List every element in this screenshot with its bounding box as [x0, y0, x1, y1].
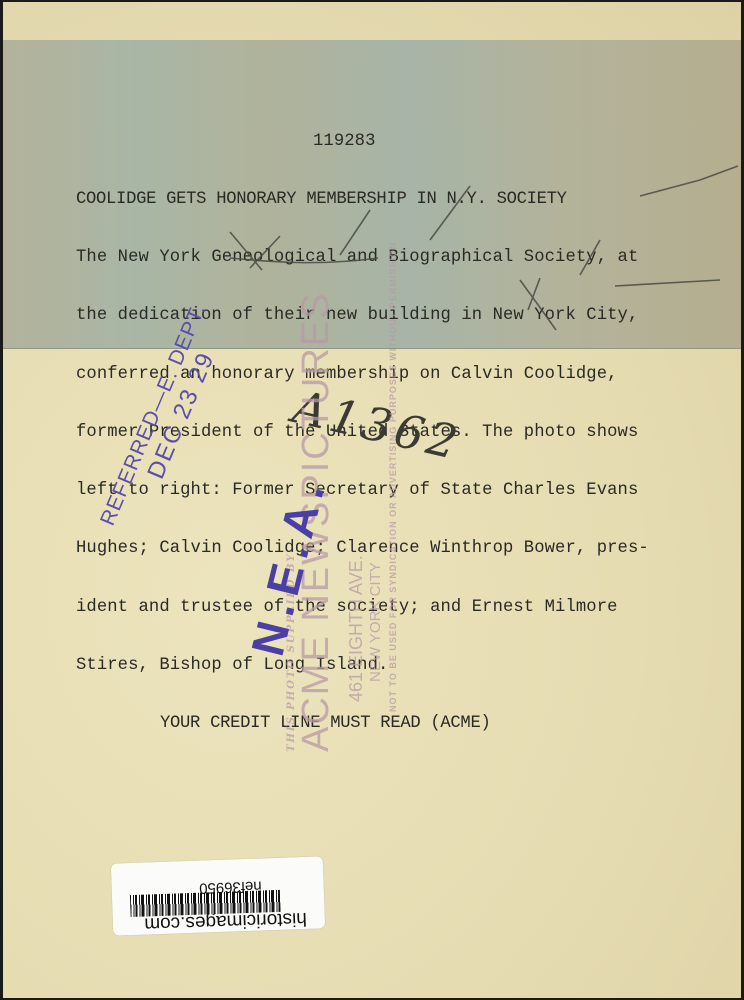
- barcode-label: historicimages.com nef36950: [111, 856, 325, 935]
- acme-stamp-fine-print: NOT TO BE USED FOR SYNDICATION OR ADVERT…: [388, 242, 398, 752]
- caption-headline: COOLIDGE GETS HONORARY MEMBERSHIP IN N.Y…: [3, 190, 741, 209]
- acme-stamp-address: 461 EIGHTH AVE.: [346, 242, 367, 752]
- photo-number: 119283: [3, 132, 741, 151]
- label-code: nef36950: [199, 877, 262, 896]
- acme-stamp-city: NEW YORK CITY: [367, 242, 384, 752]
